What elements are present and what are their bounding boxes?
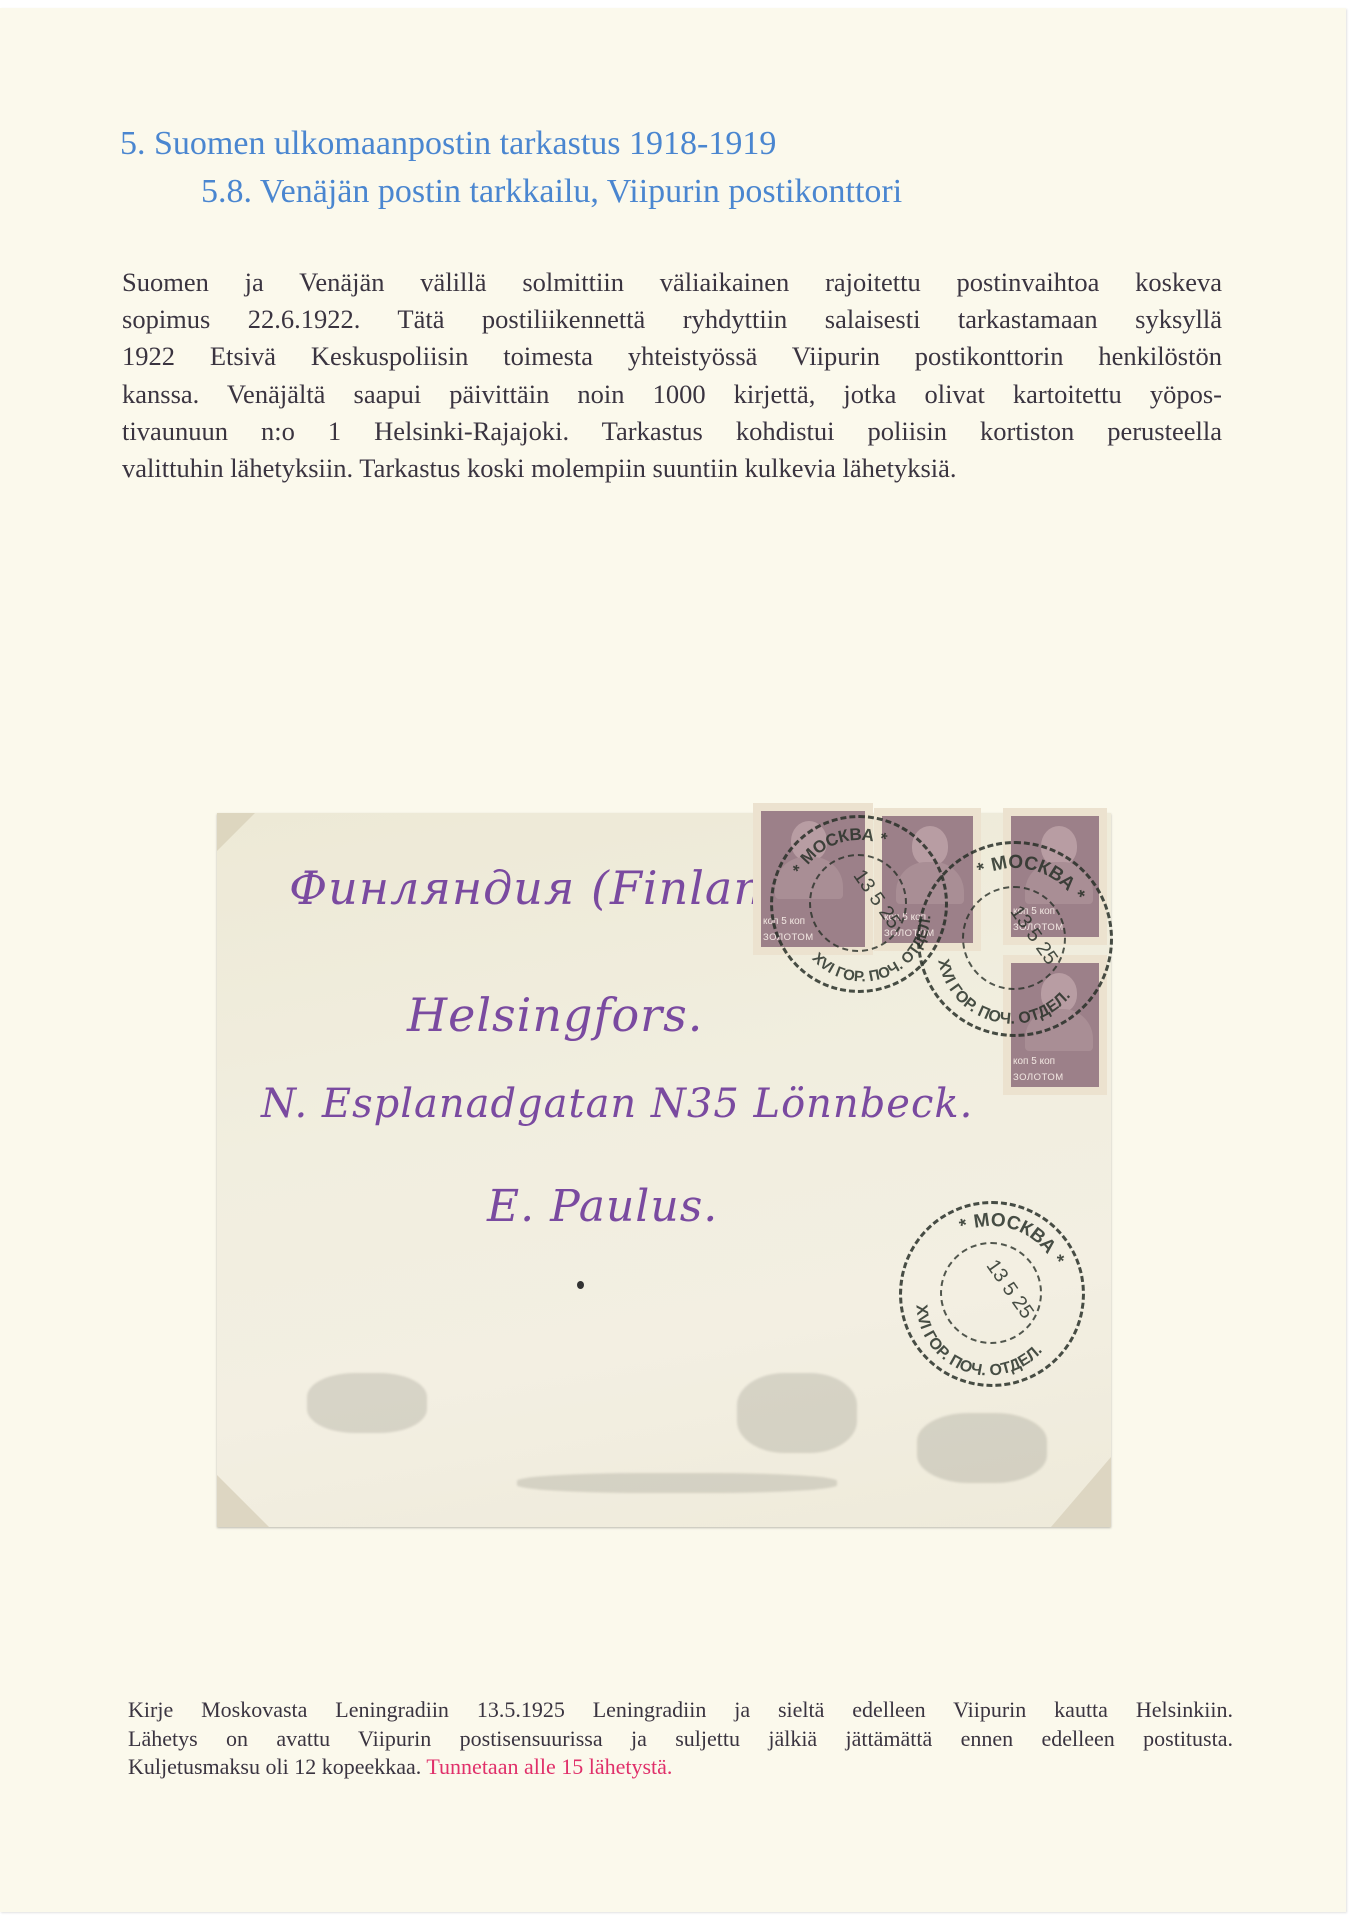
address-city: Helsingfors. — [407, 988, 703, 1042]
rarity-note: Tunnetaan alle 15 lähetystä. — [426, 1754, 672, 1779]
stamp-value: коп 5 коп — [1013, 1056, 1097, 1067]
intro-line: sopimus 22.6.1922. Tätä postiliikennettä… — [122, 301, 1222, 338]
intro-line: tivaunuun n:o 1 Helsinki-Rajajoki. Tarka… — [122, 413, 1222, 450]
stamp-currency: ЗОЛОТОМ — [1013, 1072, 1064, 1083]
page-subtitle: 5.8. Venäjän postin tarkkailu, Viipurin … — [201, 172, 902, 212]
svg-text:* МОСКВА *: * МОСКВА * — [782, 811, 895, 881]
cover-smudge — [917, 1413, 1047, 1483]
envelope-cover: Финляндия (Finland) Helsingfors. N. Espl… — [217, 813, 1111, 1527]
mount-corner — [217, 813, 255, 851]
intro-line: Suomen ja Venäjän välillä solmittiin väl… — [122, 264, 1222, 301]
postmark-ring-text: * МОСКВА * XVI ГОР. ПОЧ. ОТДЕЛ. — [902, 1204, 1082, 1384]
svg-text:XVI ГОР. ПОЧ. ОТДЕЛ.: XVI ГОР. ПОЧ. ОТДЕЛ. — [922, 954, 1076, 1044]
caption-line: Kirje Moskovasta Leningradiin 13.5.1925 … — [128, 1696, 1233, 1725]
postmark-ring-text: * МОСКВА * XVI ГОР. ПОЧ. ОТДЕЛ. — [920, 844, 1110, 1034]
address-recipient: E. Paulus. — [487, 1181, 718, 1232]
cover-smudge — [307, 1373, 427, 1433]
album-page: 5. Suomen ulkomaanpostin tarkastus 1918-… — [0, 8, 1346, 1912]
address-street: N. Esplanadgatan N35 Lönnbeck. — [261, 1081, 973, 1127]
mount-corner — [217, 1475, 269, 1527]
postmark: * МОСКВА * XVI ГОР. ПОЧ. ОТДЕЛ. 13 5 25 — [899, 1201, 1085, 1387]
caption-line: Kuljetusmaksu oli 12 kopeekkaa. Tunnetaa… — [128, 1753, 1233, 1782]
intro-line: valittuhin lähetyksiin. Tarkastus koski … — [122, 450, 1222, 487]
intro-line: 1922 Etsivä Keskuspoliisin toimesta yhte… — [122, 338, 1222, 375]
caption-line: Lähetys on avattu Viipurin postisensuuri… — [128, 1725, 1233, 1754]
address-country: Финляндия (Finland) — [289, 861, 813, 915]
page-title: 5. Suomen ulkomaanpostin tarkastus 1918-… — [120, 124, 776, 164]
svg-text:* МОСКВА *: * МОСКВА * — [970, 839, 1096, 908]
cover-smudge — [737, 1373, 857, 1453]
mount-corner — [1051, 1457, 1111, 1527]
caption-text: Kuljetusmaksu oli 12 kopeekkaa. — [128, 1754, 421, 1779]
cover-smudge — [517, 1473, 837, 1493]
ink-spot — [577, 1281, 584, 1289]
intro-line: kanssa. Venäjältä saapui päivittäin noin… — [122, 376, 1222, 413]
postmark: * МОСКВА * XVI ГОР. ПОЧ. ОТДЕЛ. 13 5 25 — [917, 841, 1113, 1037]
intro-paragraph: Suomen ja Venäjän välillä solmittiin väl… — [122, 264, 1222, 487]
svg-text:* МОСКВА *: * МОСКВА * — [951, 1195, 1077, 1274]
cover-caption: Kirje Moskovasta Leningradiin 13.5.1925 … — [128, 1696, 1233, 1782]
